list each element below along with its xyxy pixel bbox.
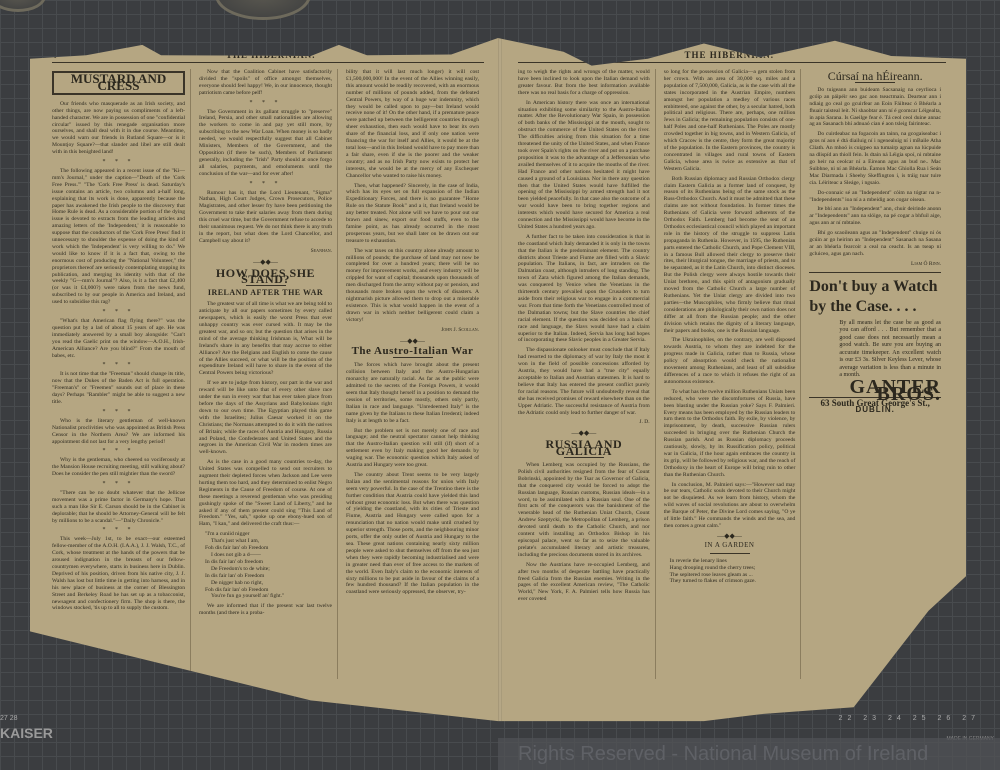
center-fold (498, 38, 502, 728)
article-title: RUSSIA AND GALICIA (518, 441, 650, 455)
paragraph: The Ukrainophiles, on the contrary, are … (664, 337, 796, 385)
signature: Liam Ó Rinn. (809, 261, 941, 268)
paragraph: To what has the twelve million Ruthenian… (664, 389, 796, 479)
poem-title: IN A GARDEN (664, 542, 796, 549)
paragraph: The war taxes on this country alone alre… (346, 248, 479, 324)
paragraph: Why is the gentleman, who cheered so voc… (52, 457, 185, 478)
paragraph: In American history there was once an in… (518, 100, 650, 231)
paragraph: In conclusion, M. Palmieri says:—"Howeve… (664, 482, 796, 530)
paragraph: "There can be no doubt whatever that the… (52, 490, 185, 525)
paragraph: The greatest war of all time is what we … (199, 301, 332, 377)
paragraph: It is not time that the "Freeman" should… (52, 371, 185, 406)
paragraph: If we are to judge from history, our par… (199, 380, 332, 456)
copyright-watermark: Rights Reserved - National Museum of Ire… (498, 738, 1000, 770)
gaelic-paragraph: Ite bhí ann an "Independent" ann, chuir … (809, 206, 941, 227)
ruler-numbers-right: 22 23 24 25 26 27 (839, 715, 980, 722)
article-title: The Austro-Italian War (346, 348, 479, 355)
paragraph: But the problem set is not merely one of… (346, 428, 479, 469)
ad-headline-1: Don't buy a Watch (809, 277, 941, 297)
paragraph: Both Russian diplomacy and Russian Ortho… (664, 176, 796, 335)
paragraph: Our friends who masquerade as an Irish s… (52, 101, 185, 156)
scanner-brand-label: KAISER (0, 725, 53, 741)
ornament-divider: —◆◆— (199, 259, 332, 266)
paragraph: The following appeared in a recent issue… (52, 168, 185, 306)
ruler-numbers-left: 27 28 (0, 715, 18, 722)
paragraph: When Lemberg was occupied by the Russian… (518, 462, 650, 559)
ornament-divider: —◆◆— (346, 338, 479, 345)
signature: J. D. (518, 419, 650, 426)
gaelic-paragraph: Bhí go scaoileann agus an "Independent" … (809, 230, 941, 258)
paragraph: so long for the possession of Galicia—a … (664, 69, 796, 173)
watch-advertisement: Don't buy a Watch by the Case. . . . By … (809, 272, 941, 415)
paragraph: Then, what happened? Sincerely, in the c… (346, 183, 479, 245)
section-title: MUSTARD AND CRESS (52, 71, 185, 95)
left-page: 4 THE HIBERNIAN. MUSTARD AND CRESS Our f… (52, 50, 484, 690)
poem: In reverie the lenary lines Hang droopin… (664, 558, 796, 586)
paragraph: As is the case in a good many countries … (199, 459, 332, 528)
paragraph: Now that the Coalition Cabinet have sati… (199, 69, 332, 97)
newspaper-spread: 4 THE HIBERNIAN. MUSTARD AND CRESS Our f… (30, 38, 966, 728)
paragraph: Rumour has it, that the Lord Lieutenant,… (199, 190, 332, 245)
gaelic-paragraph: Do cuirdeabac na fogacoin an tainn, na g… (809, 131, 941, 186)
article-title: HOW DOES SHE STAND? (199, 270, 332, 284)
paragraph: The forces which have brought about the … (346, 362, 479, 424)
gaelic-paragraph: Do-connaic sé an "Independent" cóim na t… (809, 190, 941, 204)
ad-headline-2: by the Case. . . . (809, 297, 941, 317)
left-column-1: MUSTARD AND CRESS Our friends who masque… (52, 69, 191, 679)
poem: "I'm a cuniid nigger That's just what I … (199, 531, 332, 600)
paragraph: This week—July 1st, to be exact—our este… (52, 536, 185, 612)
paragraph: A further fact to be taken into consider… (518, 234, 650, 345)
paragraph: The dispassionate onlooker must conclude… (518, 347, 650, 416)
ad-city: DUBLIN. (809, 407, 941, 414)
ad-body: By all means let the case be as good as … (809, 320, 941, 380)
article-subtitle: IRELAND AFTER THE WAR (199, 290, 332, 297)
paragraph: The country about Trent seems to be very… (346, 472, 479, 596)
paragraph: "What's that American flag flying there?… (52, 318, 185, 359)
paragraph: The Government in its gallant struggle t… (199, 109, 332, 178)
paragraph: Now the Austrians have re-occupied Lembe… (518, 562, 650, 603)
ornament-divider: —◆◆— (518, 430, 650, 437)
paragraph: Who is the literary gentleman of well-kn… (52, 418, 185, 446)
ad-brand: GANTER BROS. (809, 384, 941, 398)
right-page: THE HIBERNIAN. 5 ing to weigh the rights… (518, 50, 946, 690)
paragraph: bility that it will last much longer) it… (346, 69, 479, 180)
paragraph: ing to weigh the rights and wrongs of th… (518, 69, 650, 97)
right-column-3: Cúrsaí na hÉireann. Do tuigeann ann buid… (809, 69, 946, 679)
ornament-divider: —◆◆— (664, 533, 796, 540)
gaelic-paragraph: Do tuigeann ann buideam Sacsanaig na cey… (809, 87, 941, 128)
signature: John J. Scollan. (346, 327, 479, 334)
left-column-2: Now that the Coalition Cabinet have sati… (199, 69, 338, 679)
left-column-3: bility that it will last much longer) it… (346, 69, 484, 679)
gaelic-section-title: Cúrsaí na hÉireann. (809, 73, 941, 80)
paragraph: We are informed that if the present war … (199, 603, 332, 617)
right-column-2: so long for the possession of Galicia—a … (664, 69, 802, 679)
right-column-1: ing to weigh the rights and wrongs of th… (518, 69, 656, 679)
signature: Seanhan. (199, 248, 332, 255)
